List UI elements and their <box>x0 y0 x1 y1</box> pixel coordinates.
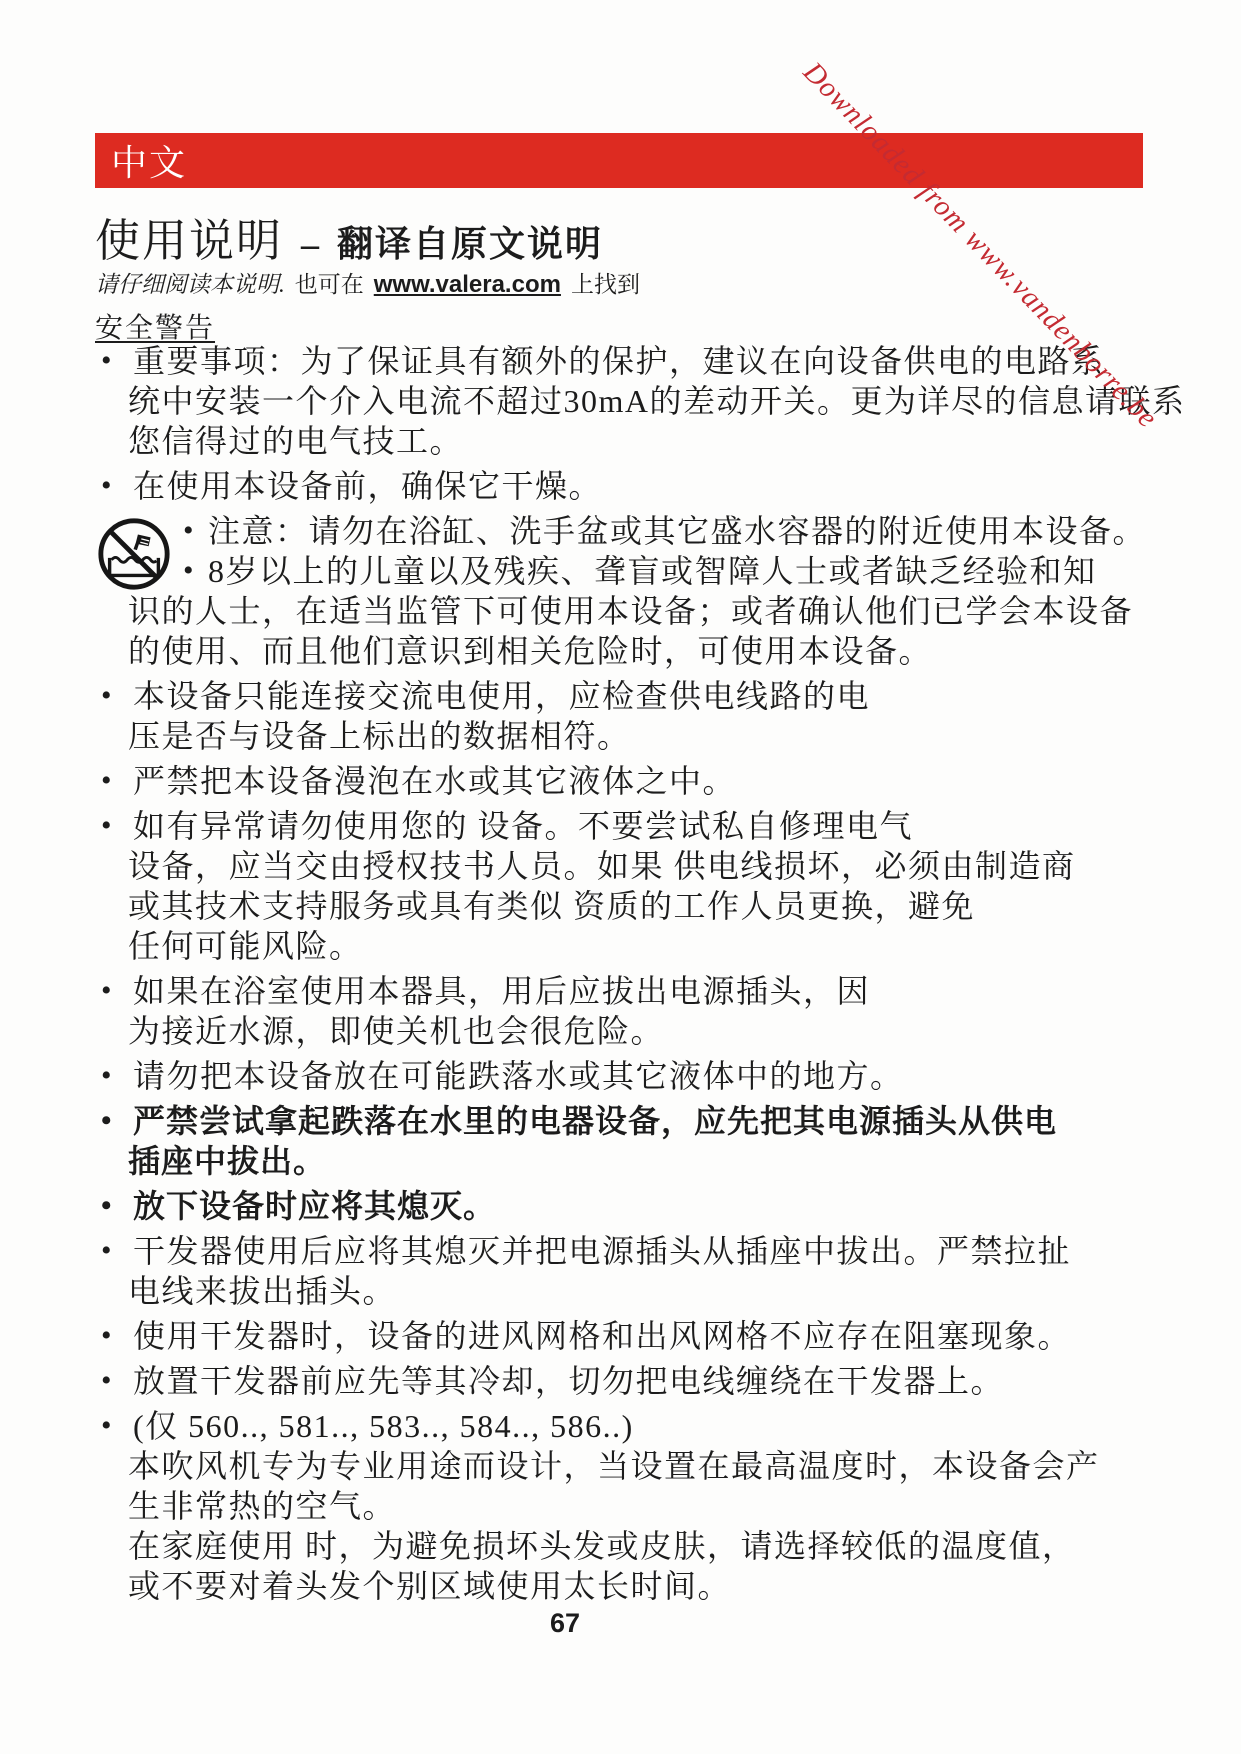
title-main: 使用说明 <box>95 204 283 269</box>
intro-suffix: 上找到 <box>571 266 640 299</box>
warning-item: 请勿把本设备放在可能跌落水或其它液体中的地方。 <box>95 1056 1175 1096</box>
warning-item: 注意：请勿在浴缸、洗手盆或其它盛水容器的附近使用本设备。8岁以上的儿童以及残疾、… <box>95 511 1175 671</box>
warning-line: (仅 560.., 581.., 583.., 584.., 586..) <box>95 1406 1175 1446</box>
warning-line: 严禁尝试拿起跌落在水里的电器设备，应先把其电源插头从供电 <box>95 1101 1175 1141</box>
warning-line: 插座中拔出。 <box>95 1141 1175 1181</box>
warning-item: 如有异常请勿使用您的 设备。不要尝试私自修理电气设备，应当交由授权技书人员。如果… <box>95 806 1175 966</box>
title-sub: 翻译自原文说明 <box>337 216 603 267</box>
language-label: 中文 <box>111 135 187 186</box>
warning-line: 或其技术支持服务或具有类似 资质的工作人员更换，避免 <box>95 886 1175 926</box>
section-heading-safety-warnings: 安全警告 <box>95 306 215 346</box>
intro-line: 请仔细阅读本说明. 也可在 www.valera.com 上找到 <box>95 266 640 299</box>
warning-line: 使用干发器时，设备的进风网格和出风网格不应存在阻塞现象。 <box>95 1316 1175 1356</box>
page-number: 67 <box>95 1608 1035 1639</box>
document-page: 中文 Downloaded from www.vandenborre.be 使用… <box>0 0 1241 1754</box>
warning-line: 设备，应当交由授权技书人员。如果 供电线损坏，必须由制造商 <box>95 846 1175 886</box>
warning-line: 放置干发器前应先等其冷却，切勿把电线缠绕在干发器上。 <box>95 1361 1175 1401</box>
language-header-bar: 中文 <box>95 133 1143 188</box>
warning-line: 注意：请勿在浴缸、洗手盆或其它盛水容器的附近使用本设备。 <box>95 511 1175 551</box>
warning-line: 为接近水源，即使关机也会很危险。 <box>95 1011 1175 1051</box>
warning-line: 严禁把本设备漫泡在水或其它液体之中。 <box>95 761 1175 801</box>
warning-line: 放下设备时应将其熄灭。 <box>95 1186 1175 1226</box>
warning-line: 本设备只能连接交流电使用，应检查供电线路的电 <box>95 676 1175 716</box>
warning-line: 压是否与设备上标出的数据相符。 <box>95 716 1175 756</box>
warning-line: 您信得过的电气技工。 <box>95 421 1175 461</box>
warning-line: 如果在浴室使用本器具，用后应拔出电源插头，因 <box>95 971 1175 1011</box>
warning-item: 在使用本设备前，确保它干燥。 <box>95 466 1175 506</box>
warning-line: 任何可能风险。 <box>95 926 1175 966</box>
warning-line: 生非常热的空气。 <box>95 1486 1175 1526</box>
warning-line: 干发器使用后应将其熄灭并把电源插头从插座中拔出。严禁拉扯 <box>95 1231 1175 1271</box>
warning-line: 或不要对着头发个别区域使用太长时间。 <box>95 1566 1175 1606</box>
warning-item: 干发器使用后应将其熄灭并把电源插头从插座中拔出。严禁拉扯电线来拔出插头。 <box>95 1231 1175 1311</box>
warning-item: 严禁尝试拿起跌落在水里的电器设备，应先把其电源插头从供电插座中拔出。 <box>95 1101 1175 1181</box>
warning-line: 8岁以上的儿童以及残疾、聋盲或智障人士或者缺乏经验和知 <box>95 551 1175 591</box>
warning-item: 放下设备时应将其熄灭。 <box>95 1186 1175 1226</box>
title-dash: – <box>301 223 319 265</box>
warning-item: 重要事项：为了保证具有额外的保护，建议在向设备供电的电路系统中安装一个介入电流不… <box>95 341 1175 461</box>
warning-item: 如果在浴室使用本器具，用后应拔出电源插头，因为接近水源，即使关机也会很危险。 <box>95 971 1175 1051</box>
warning-line: 识的人士，在适当监管下可使用本设备；或者确认他们已学会本设备 <box>95 591 1175 631</box>
safety-warnings-list: 重要事项：为了保证具有额外的保护，建议在向设备供电的电路系统中安装一个介入电流不… <box>95 341 1175 1611</box>
warning-line: 请勿把本设备放在可能跌落水或其它液体中的地方。 <box>95 1056 1175 1096</box>
page-title: 使用说明 – 翻译自原文说明 <box>95 204 603 269</box>
warning-line: 统中安装一个介入电流不超过30mA的差动开关。更为详尽的信息请联系 <box>95 381 1175 421</box>
warning-item: 本设备只能连接交流电使用，应检查供电线路的电压是否与设备上标出的数据相符。 <box>95 676 1175 756</box>
warning-line: 如有异常请勿使用您的 设备。不要尝试私自修理电气 <box>95 806 1175 846</box>
warning-line: 的使用、而且他们意识到相关危险时，可使用本设备。 <box>95 631 1175 671</box>
warning-item: 使用干发器时，设备的进风网格和出风网格不应存在阻塞现象。 <box>95 1316 1175 1356</box>
warning-line: 重要事项：为了保证具有额外的保护，建议在向设备供电的电路系 <box>95 341 1175 381</box>
intro-note: 请仔细阅读本说明. <box>95 266 285 299</box>
warning-item: 严禁把本设备漫泡在水或其它液体之中。 <box>95 761 1175 801</box>
warning-item: (仅 560.., 581.., 583.., 584.., 586..)本吹风… <box>95 1406 1175 1606</box>
warning-line: 电线来拔出插头。 <box>95 1271 1175 1311</box>
warning-line: 在使用本设备前，确保它干燥。 <box>95 466 1175 506</box>
intro-also: 也可在 <box>295 266 364 299</box>
valera-url: www.valera.com <box>374 271 561 299</box>
warning-line: 本吹风机专为专业用途而设计，当设置在最高温度时，本设备会产 <box>95 1446 1175 1486</box>
warning-item: 放置干发器前应先等其冷却，切勿把电线缠绕在干发器上。 <box>95 1361 1175 1401</box>
warning-line: 在家庭使用 时，为避免损坏头发或皮肤，请选择较低的温度值， <box>95 1526 1175 1566</box>
